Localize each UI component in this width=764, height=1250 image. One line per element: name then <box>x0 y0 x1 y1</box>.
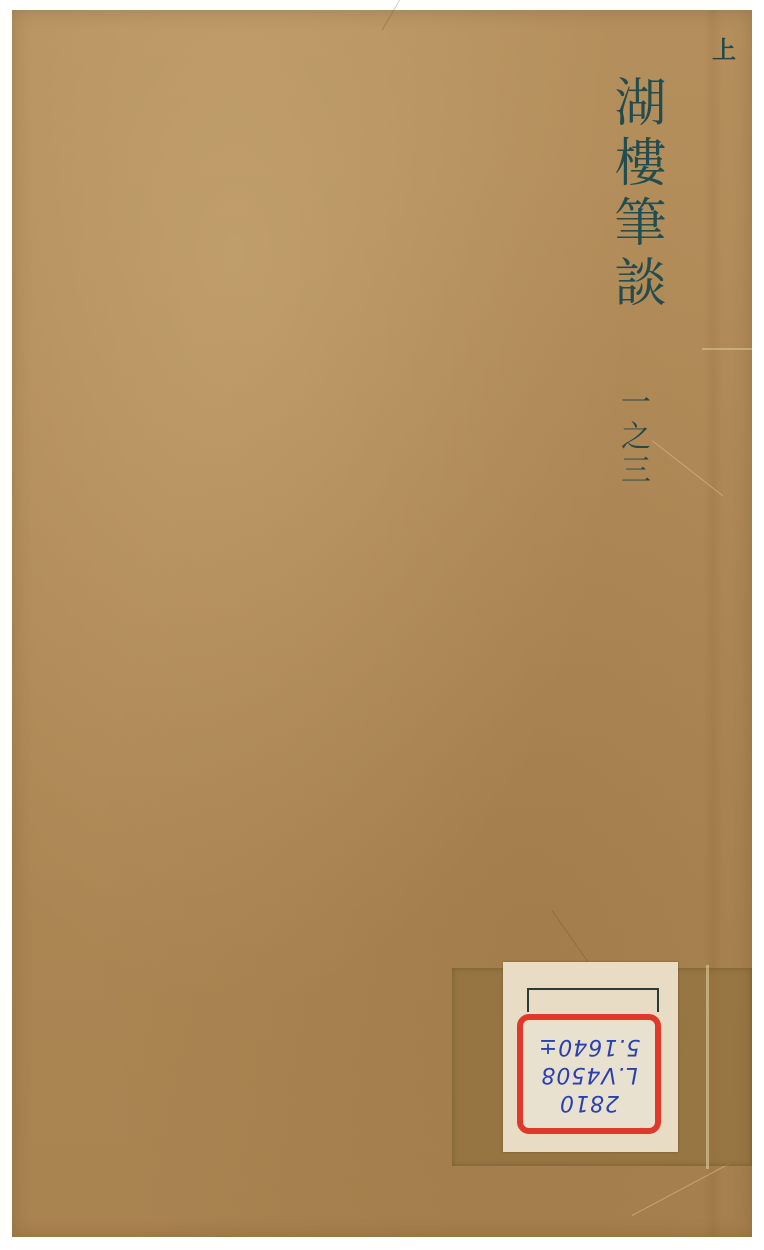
call-number-line-2: L.V4508 <box>540 1060 637 1088</box>
volume-mark: 上 <box>712 30 736 65</box>
volume-range: 一之三 <box>612 386 652 488</box>
call-number-line-3: 5.1640± <box>538 1032 640 1060</box>
label-bracket <box>527 988 659 1012</box>
call-number-label: 2810 L.V4508 5.1640± <box>503 962 678 1152</box>
paper-crease <box>382 0 428 31</box>
book-title: 湖樓筆談 <box>600 75 670 315</box>
tape-edge <box>706 965 709 1169</box>
call-number-line-1: 2810 <box>559 1088 619 1116</box>
call-number-box: 2810 L.V4508 5.1640± <box>517 1014 661 1134</box>
paper-crease <box>702 348 752 350</box>
